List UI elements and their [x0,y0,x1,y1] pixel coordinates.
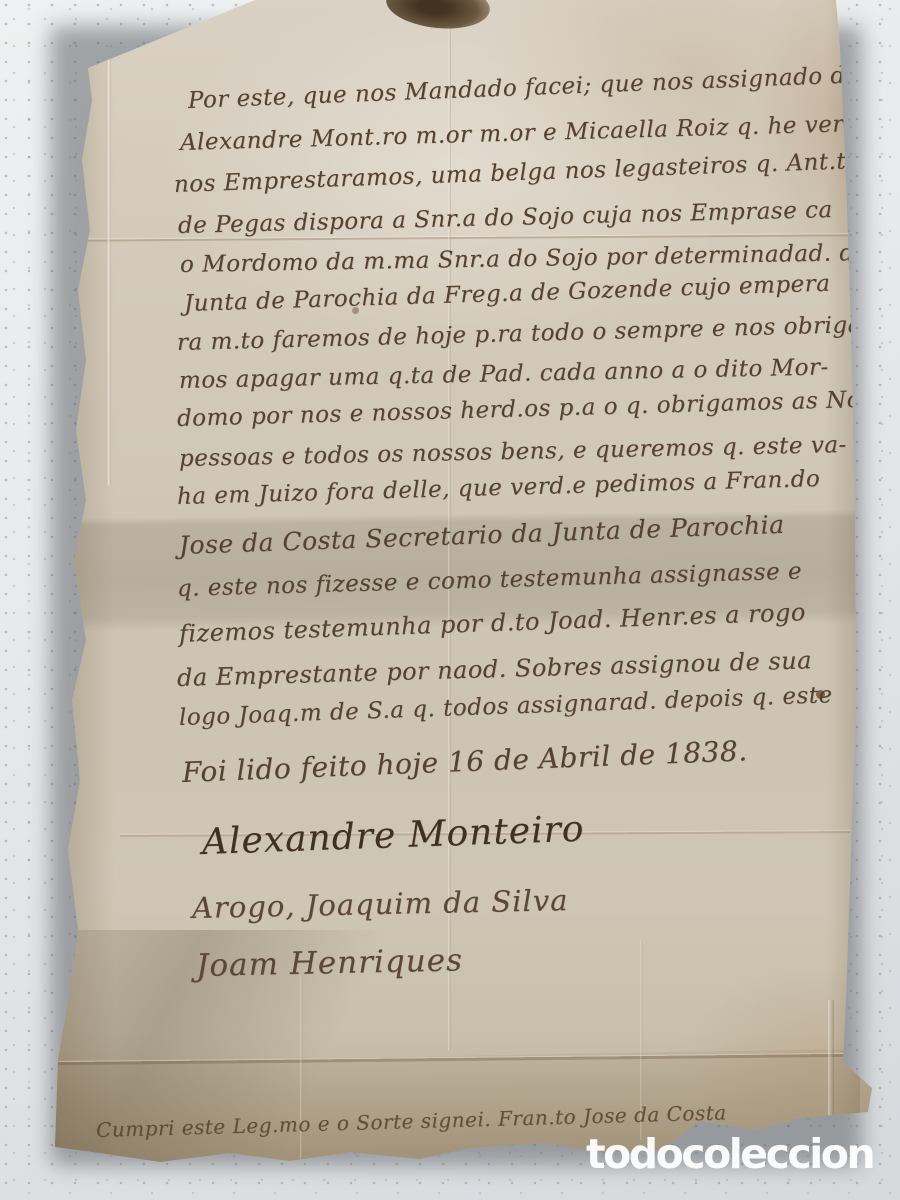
manuscript-date-line: Foi lido feito hoje 16 de Abril de 1838. [181,734,748,789]
manuscript-line: Alexandre Mont.ro m.or m.or e Micaella R… [180,110,898,156]
manuscript-line: mos apagar uma q.ta de Pad. cada anno a … [179,354,829,394]
signature: Joam Henriques [196,942,464,984]
manuscript-line: pessoas e todos os nossos bens, e querem… [179,432,847,472]
wax-seal-remnant [384,0,492,33]
manuscript-line: da Emprestante por naod. Sobres assignou… [177,646,813,692]
photo-of-manuscript: Por este, que nos Mandado facei; que nos… [0,0,900,1200]
manuscript-line: ha em Juizo fora delle, que verd.e pedim… [177,466,821,510]
manuscript-line: logo Joaq.m de S.a q. todos assignarad. … [179,682,834,731]
vertical-fold-crease [106,55,111,485]
manuscript-line: Por este, que nos Mandado facei; que nos… [188,60,900,114]
manuscript-paper: Por este, que nos Mandado facei; que nos… [0,0,900,1200]
manuscript-line: Junta de Parochia da Freg.a de Gozende c… [184,271,831,317]
manuscript-line: nos Emprestaramos, uma belga nos legaste… [174,146,900,198]
signature: Arogo, Joaquim da Silva [192,883,569,925]
manuscript-line: domo por nos e nossos herd.os p.a o q. o… [177,385,900,432]
todocoleccion-watermark: todocoleccion [586,1134,873,1175]
manuscript-line: ra m.to faremos de hoje p.ra todo o semp… [177,312,863,356]
manuscript-line: de Pegas dispora a Snr.a do Sojo cuja no… [178,197,833,239]
signature: Alexandre Monteiro [201,809,585,863]
